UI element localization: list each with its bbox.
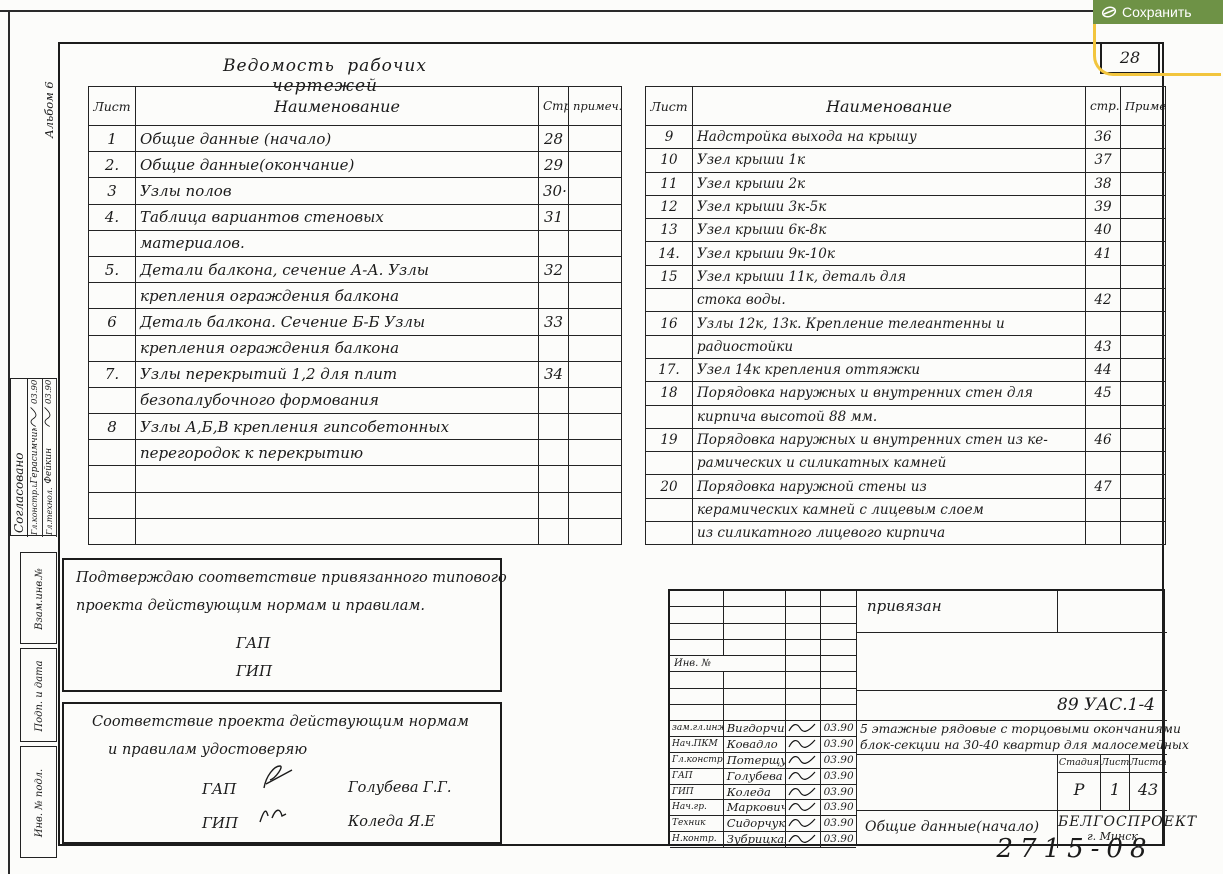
signature-cell xyxy=(786,816,821,832)
cell-n: 6 xyxy=(89,309,136,335)
signature-mark-icon xyxy=(786,800,818,814)
signature-row: ГИПКоледа03.90 xyxy=(670,785,856,801)
revision-grid-row xyxy=(670,624,856,640)
revision-grid-cell xyxy=(786,656,821,672)
cell-text: Узел крыши 9к-10к xyxy=(693,242,1086,265)
revision-grid-cell xyxy=(786,624,821,640)
signature-mark-icon xyxy=(786,753,818,767)
cell-n: 7. xyxy=(89,361,136,387)
table-header-row: Лист Наименование стр. Примеч. xyxy=(646,87,1166,126)
cell-note xyxy=(569,126,622,152)
signature-cell xyxy=(786,800,821,816)
approver-rows: Гл.констр.ин.Герасимчик03.90Гл.технол.Фе… xyxy=(28,379,57,537)
cell-p xyxy=(539,414,569,440)
revision-grid-cell xyxy=(724,607,787,623)
approval-certify-line1: Соответствие проекта действующим нормам xyxy=(92,714,469,730)
cell-note xyxy=(1121,265,1166,288)
revision-grid-row: Инв. № xyxy=(670,656,856,672)
cell-text xyxy=(136,518,539,544)
gap-label: ГАП xyxy=(202,780,236,798)
signature-cell xyxy=(786,753,821,769)
table-row: 4.Таблица вариантов стеновых31 xyxy=(89,204,622,230)
inv-box: Инв. № подл. xyxy=(20,746,57,858)
signature-name: Сидорчук xyxy=(724,816,787,832)
table-row: 7.Узлы перекрытий 1,2 для плит34 xyxy=(89,361,622,387)
signature-role: Нач.гр. xyxy=(670,800,724,816)
cell-text: стока воды. xyxy=(693,289,1086,312)
cell-p: 43 xyxy=(1086,335,1121,358)
cell-text: Порядовка наружных и внутренних стен из … xyxy=(693,428,1086,451)
cell-text: Узел крыши 6к-8к xyxy=(693,219,1086,242)
signature-name: Вигдорчик xyxy=(724,721,787,737)
signature-role: Техник xyxy=(670,816,724,832)
cell-p xyxy=(539,335,569,361)
cell-p: 41 xyxy=(1086,242,1121,265)
cell-note xyxy=(1121,195,1166,218)
header-sheet: Лист xyxy=(89,87,136,126)
cell-text: рамических и силикатных камней xyxy=(693,452,1086,475)
page-number: 28 xyxy=(1120,48,1140,67)
cell-note xyxy=(569,178,622,204)
cell-p: 31 xyxy=(539,204,569,230)
cell-text: керамических камней с лицевым слоем xyxy=(693,498,1086,521)
cell-note xyxy=(1121,498,1166,521)
revision-grid-cell xyxy=(724,672,787,688)
table-row: 6Деталь балкона. Сечение Б-Б Узлы33 xyxy=(89,309,622,335)
revision-grid-cell xyxy=(786,640,821,656)
podp-box: Подп. и дата xyxy=(20,648,57,742)
cell-p: 39 xyxy=(1086,195,1121,218)
gip-name: Коледа Я.Е xyxy=(348,814,435,830)
signature-mark-icon xyxy=(786,721,818,735)
revision-grid-cell xyxy=(670,624,724,640)
cell-n xyxy=(89,492,136,518)
title-block-left-grid: Инв. № зам.гл.инжВигдорчик03.90Нач.ПКМКо… xyxy=(670,591,857,844)
handwritten-order-number: 2715-08 xyxy=(950,834,1200,864)
signature-role: Гл.констр xyxy=(670,753,724,769)
table-row: 5.Детали балкона, сечение А-А. Узлы32 xyxy=(89,256,622,282)
signature-date: 03.90 xyxy=(821,816,856,832)
cell-n: 20 xyxy=(646,475,693,498)
cell-n: 4. xyxy=(89,204,136,230)
cell-n: 10 xyxy=(646,149,693,172)
cell-n: 13 xyxy=(646,219,693,242)
cell-p: 42 xyxy=(1086,289,1121,312)
cell-n: 16 xyxy=(646,312,693,335)
album-label-box: Альбом 6 xyxy=(42,62,58,138)
signature-cell xyxy=(786,737,821,753)
cell-n xyxy=(646,335,693,358)
scan-edge-line-top xyxy=(0,10,1223,12)
cell-note xyxy=(569,466,622,492)
table-row: крепления ограждения балкона xyxy=(89,283,622,309)
agreed-label: Согласовано xyxy=(11,379,28,537)
revision-grid-cell xyxy=(670,689,724,705)
drawings-table-right: Лист Наименование стр. Примеч. 9Надстрой… xyxy=(645,86,1166,545)
cell-note xyxy=(1121,126,1166,149)
table-row: 3Узлы полов30· xyxy=(89,178,622,204)
signature-row: ГАПГолубева03.90 xyxy=(670,769,856,785)
cell-note xyxy=(569,256,622,282)
cell-n: 8 xyxy=(89,414,136,440)
cell-text: Таблица вариантов стеновых xyxy=(136,204,539,230)
cell-n xyxy=(89,440,136,466)
cell-n xyxy=(646,452,693,475)
table-row: 1Общие данные (начало)28 xyxy=(89,126,622,152)
gip-label: ГИП xyxy=(202,814,238,832)
signature-mark-icon xyxy=(786,737,818,751)
revision-grid-row xyxy=(670,607,856,623)
table-row: 15Узел крыши 11к, деталь для xyxy=(646,265,1166,288)
revision-grid-cell xyxy=(670,607,724,623)
signature-role: Нач.ПКМ xyxy=(670,737,724,753)
cell-p xyxy=(539,283,569,309)
stage-band-left-cell xyxy=(857,755,1057,810)
revision-grid-cell xyxy=(821,689,856,705)
revision-grid-cell xyxy=(724,705,787,721)
revision-grid-cell xyxy=(821,672,856,688)
revision-grid-cell xyxy=(786,689,821,705)
cell-n: 14. xyxy=(646,242,693,265)
agreed-block-rotated: Согласовано Гл.констр.ин.Герасимчик03.90… xyxy=(11,379,58,537)
signature-name: Зубрицкая xyxy=(724,832,787,848)
cell-text: Общие данные (начало) xyxy=(136,126,539,152)
cell-text: крепления ограждения балкона xyxy=(136,335,539,361)
cell-p xyxy=(1086,312,1121,335)
signature-row: Нач.гр.Маркович03.90 xyxy=(670,800,856,816)
table-row: 19Порядовка наружных и внутренних стен и… xyxy=(646,428,1166,451)
project-line2: блок-секции на 30-40 квартир для малосем… xyxy=(857,737,1167,753)
signature-date: 03.90 xyxy=(821,785,856,801)
signature-name: Голубева xyxy=(724,769,787,785)
revision-grid-cell xyxy=(724,689,787,705)
cell-note xyxy=(569,309,622,335)
approver-row: Гл.технол.Фейкин03.90 xyxy=(43,379,58,537)
cell-p: 47 xyxy=(1086,475,1121,498)
signature-mark-icon xyxy=(786,816,818,830)
signature-role: ГИП xyxy=(670,785,724,801)
revision-grid-cell xyxy=(724,640,787,656)
cell-p: 34 xyxy=(539,361,569,387)
cell-p: 30· xyxy=(539,178,569,204)
cell-n: 18 xyxy=(646,382,693,405)
revision-grid-cell xyxy=(786,672,821,688)
revision-grid-cell xyxy=(821,591,856,607)
cell-text: Узлы перекрытий 1,2 для плит xyxy=(136,361,539,387)
revision-grid-cell xyxy=(670,591,724,607)
table-row: стока воды.42 xyxy=(646,289,1166,312)
table-row xyxy=(89,492,622,518)
header-page: стр. xyxy=(1086,87,1121,126)
empty-band xyxy=(857,633,1167,691)
revision-grid-row xyxy=(670,640,856,656)
revision-grid-cell xyxy=(786,607,821,623)
cell-text: Деталь балкона. Сечение Б-Б Узлы xyxy=(136,309,539,335)
cell-note xyxy=(569,492,622,518)
cell-text: Узлы 12к, 13к. Крепление телеантенны и xyxy=(693,312,1086,335)
gip-label: ГИП xyxy=(236,662,272,680)
table-header-row: Лист Наименование Стр примеч. xyxy=(89,87,622,126)
inv-label: Инв. № подл. xyxy=(21,747,58,859)
cell-note xyxy=(569,361,622,387)
table-row: 12Узел крыши 3к-5к39 xyxy=(646,195,1166,218)
title-block-right: привязан 89 УАС.1-4 5 этажные рядовые с … xyxy=(857,591,1167,844)
cell-note xyxy=(1121,475,1166,498)
signature-cell xyxy=(786,769,821,785)
cell-note xyxy=(1121,312,1166,335)
vzam-label: Взам.инв.№ xyxy=(21,553,58,645)
table-row: 20Порядовка наружной стены из47 xyxy=(646,475,1166,498)
cell-text: Порядовка наружных и внутренних стен для xyxy=(693,382,1086,405)
cell-text xyxy=(136,466,539,492)
cell-text: Узел 14к крепления оттяжки xyxy=(693,358,1086,381)
gap-name: Голубева Г.Г. xyxy=(348,780,452,796)
cell-n: 19 xyxy=(646,428,693,451)
cell-text: радиостойки xyxy=(693,335,1086,358)
cell-note xyxy=(1121,219,1166,242)
cell-n xyxy=(646,405,693,428)
cell-n xyxy=(646,289,693,312)
signature-row: Н.контр.Зубрицкая03.90 xyxy=(670,832,856,848)
cell-note xyxy=(569,230,622,256)
table-row: рамических и силикатных камней xyxy=(646,452,1166,475)
table-row: безопалубочного формования xyxy=(89,387,622,413)
cell-n xyxy=(89,466,136,492)
approver-row: Гл.констр.ин.Герасимчик03.90 xyxy=(28,379,43,537)
revision-grid-cell xyxy=(821,624,856,640)
signature-row: ТехникСидорчук03.90 xyxy=(670,816,856,832)
revision-grid-cell xyxy=(786,591,821,607)
signature-name: Потерщук xyxy=(724,753,787,769)
title-block: Инв. № зам.гл.инжВигдорчик03.90Нач.ПКМКо… xyxy=(668,589,1165,846)
drawings-table-left: Лист Наименование Стр примеч. 1Общие дан… xyxy=(88,86,622,545)
signature-row: зам.гл.инжВигдорчик03.90 xyxy=(670,721,856,737)
stage-value-sheet: 1 xyxy=(1101,773,1130,810)
cell-note xyxy=(1121,358,1166,381)
table-row: 9Надстройка выхода на крышу36 xyxy=(646,126,1166,149)
cell-p: 36 xyxy=(1086,126,1121,149)
header-note: Примеч. xyxy=(1121,87,1166,126)
table-row: перегородок к перекрытию xyxy=(89,440,622,466)
cell-n: 12 xyxy=(646,195,693,218)
gip-signature-icon xyxy=(256,802,306,828)
header-sheet: Лист xyxy=(646,87,693,126)
cell-p xyxy=(539,387,569,413)
cell-text: перегородок к перекрытию xyxy=(136,440,539,466)
approver-signature-cell xyxy=(40,405,58,429)
revision-grid-cell xyxy=(724,624,787,640)
approver-name: Герасимчик xyxy=(30,428,40,483)
signature-rows: зам.гл.инжВигдорчик03.90Нач.ПКМКовадло03… xyxy=(670,721,856,848)
table-row xyxy=(89,466,622,492)
approval-confirm-line2: проекта действующим нормам и правилам. xyxy=(76,598,425,614)
cell-n xyxy=(89,387,136,413)
cell-n: 3 xyxy=(89,178,136,204)
cell-p xyxy=(1086,498,1121,521)
cell-p: 32 xyxy=(539,256,569,282)
cell-n xyxy=(89,230,136,256)
signature-date: 03.90 xyxy=(821,753,856,769)
revision-grid-cell xyxy=(821,656,856,672)
binding-band: привязан xyxy=(857,591,1167,633)
stage-value-stage: Р xyxy=(1058,773,1101,810)
cell-note xyxy=(569,414,622,440)
stage-header-sheets: Листов xyxy=(1130,755,1166,772)
revision-grid-cell xyxy=(821,705,856,721)
cell-p: 40 xyxy=(1086,219,1121,242)
cell-note xyxy=(1121,405,1166,428)
cell-text: Порядовка наружной стены из xyxy=(693,475,1086,498)
signature-mark-icon xyxy=(786,769,818,783)
cell-text: из силикатного лицевого кирпича xyxy=(693,522,1086,545)
stage-band: Стадия Лист Листов Р 1 43 xyxy=(857,755,1167,811)
cell-note xyxy=(1121,452,1166,475)
signature-name: Ковадло xyxy=(724,737,787,753)
cell-n: 15 xyxy=(646,265,693,288)
signature-date: 03.90 xyxy=(821,769,856,785)
agreed-block: Согласовано Гл.констр.ин.Герасимчик03.90… xyxy=(10,378,57,536)
cell-note xyxy=(569,518,622,544)
approver-title: Гл.технол. xyxy=(45,484,54,537)
cell-note xyxy=(1121,428,1166,451)
signature-date: 03.90 xyxy=(821,737,856,753)
cell-note xyxy=(1121,289,1166,312)
scanned-drawing-sheet: 28 Ведомость рабочих чертежей Лист Наиме… xyxy=(0,0,1223,874)
table-row: 8Узлы А,Б,В крепления гипсобетонных xyxy=(89,414,622,440)
binding-note: привязан xyxy=(857,591,1057,632)
table-row: 10Узел крыши 1к37 xyxy=(646,149,1166,172)
cell-n: 2. xyxy=(89,152,136,178)
cell-note xyxy=(1121,242,1166,265)
project-line1: 5 этажные рядовые с торцовыми окончаниям… xyxy=(857,721,1167,737)
cell-n xyxy=(89,283,136,309)
signature-mark-icon xyxy=(786,832,818,846)
vzam-box: Взам.инв.№ xyxy=(20,552,57,644)
header-name: Наименование xyxy=(693,87,1086,126)
signature-mark-icon xyxy=(28,406,39,428)
project-description: 5 этажные рядовые с торцовыми окончаниям… xyxy=(857,721,1167,755)
org-name: БЕЛГОСПРОЕКТ xyxy=(1058,811,1167,830)
cell-note xyxy=(569,387,622,413)
gap-signature-icon xyxy=(256,762,300,792)
approval-confirm-block: Подтверждаю соответствие привязанного ти… xyxy=(62,558,502,692)
cell-note xyxy=(1121,382,1166,405)
signature-mark-icon xyxy=(42,406,53,428)
revision-grid-row xyxy=(670,672,856,688)
signature-row: Нач.ПКМКовадло03.90 xyxy=(670,737,856,753)
cell-note xyxy=(1121,172,1166,195)
cell-text: Детали балкона, сечение А-А. Узлы xyxy=(136,256,539,282)
revision-grid-cell xyxy=(786,705,821,721)
signature-cell xyxy=(786,721,821,737)
signature-mark-icon xyxy=(786,785,818,799)
cell-text: Узел крыши 3к-5к xyxy=(693,195,1086,218)
revision-grid-cell xyxy=(821,640,856,656)
cell-p xyxy=(539,492,569,518)
signature-cell xyxy=(786,832,821,848)
table-row: керамических камней с лицевым слоем xyxy=(646,498,1166,521)
cell-p: 28 xyxy=(539,126,569,152)
header-name: Наименование xyxy=(136,87,539,126)
cell-note xyxy=(569,335,622,361)
table-row: 11Узел крыши 2к38 xyxy=(646,172,1166,195)
table-row: материалов. xyxy=(89,230,622,256)
cell-note xyxy=(1121,149,1166,172)
approver-title: Гл.констр.ин. xyxy=(30,484,39,537)
table-row: 17.Узел 14к крепления оттяжки44 xyxy=(646,358,1166,381)
cell-p xyxy=(1086,452,1121,475)
cell-text: материалов. xyxy=(136,230,539,256)
save-icon xyxy=(1101,5,1117,19)
cell-n xyxy=(89,335,136,361)
save-button-label: Сохранить xyxy=(1122,4,1192,20)
doc-code: 89 УАС.1-4 xyxy=(857,691,1167,721)
approval-certify-line2: и правилам удостоверяю xyxy=(108,742,307,758)
cell-p xyxy=(539,440,569,466)
table-row: крепления ограждения балкона xyxy=(89,335,622,361)
album-label: Альбом 6 xyxy=(42,62,58,138)
cell-p: 45 xyxy=(1086,382,1121,405)
signature-row: Гл.констрПотерщук03.90 xyxy=(670,753,856,769)
cell-n: 9 xyxy=(646,126,693,149)
stage-cells: Стадия Лист Листов Р 1 43 xyxy=(1057,755,1167,810)
revision-grid-cell xyxy=(670,672,724,688)
revision-grid: Инв. № xyxy=(670,591,856,721)
cell-n: 17. xyxy=(646,358,693,381)
cell-n: 11 xyxy=(646,172,693,195)
cell-note xyxy=(1121,335,1166,358)
cell-text: Общие данные(окончание) xyxy=(136,152,539,178)
cell-text xyxy=(136,492,539,518)
cell-note xyxy=(569,152,622,178)
signature-date: 03.90 xyxy=(821,832,856,848)
cell-text: Узлы А,Б,В крепления гипсобетонных xyxy=(136,414,539,440)
signature-name: Коледа xyxy=(724,785,787,801)
save-button[interactable]: Сохранить xyxy=(1093,0,1223,24)
signature-date: 03.90 xyxy=(821,721,856,737)
table-row: 13Узел крыши 6к-8к40 xyxy=(646,219,1166,242)
cell-text: Узел крыши 1к xyxy=(693,149,1086,172)
cell-n xyxy=(89,518,136,544)
cell-p xyxy=(1086,522,1121,545)
cell-p: 44 xyxy=(1086,358,1121,381)
table-row: 18Порядовка наружных и внутренних стен д… xyxy=(646,382,1166,405)
binding-band-right-cell xyxy=(1057,591,1167,632)
cell-note xyxy=(569,440,622,466)
cell-text: крепления ограждения балкона xyxy=(136,283,539,309)
cell-note xyxy=(569,204,622,230)
table-row: радиостойки43 xyxy=(646,335,1166,358)
inventory-number-label: Инв. № xyxy=(670,656,786,672)
cell-p: 37 xyxy=(1086,149,1121,172)
signature-role: зам.гл.инж xyxy=(670,721,724,737)
revision-grid-cell xyxy=(724,591,787,607)
cell-p xyxy=(1086,405,1121,428)
page-number-cell: 28 xyxy=(1100,44,1160,74)
podp-label: Подп. и дата xyxy=(21,649,58,743)
table-row: кирпича высотой 88 мм. xyxy=(646,405,1166,428)
cell-p xyxy=(539,518,569,544)
signature-role: ГАП xyxy=(670,769,724,785)
cell-p xyxy=(539,466,569,492)
table-row: 14.Узел крыши 9к-10к41 xyxy=(646,242,1166,265)
cell-p: 33 xyxy=(539,309,569,335)
table-row: 2.Общие данные(окончание)29 xyxy=(89,152,622,178)
table-row: 16Узлы 12к, 13к. Крепление телеантенны и xyxy=(646,312,1166,335)
cell-n: 5. xyxy=(89,256,136,282)
header-page: Стр xyxy=(539,87,569,126)
cell-text: безопалубочного формования xyxy=(136,387,539,413)
